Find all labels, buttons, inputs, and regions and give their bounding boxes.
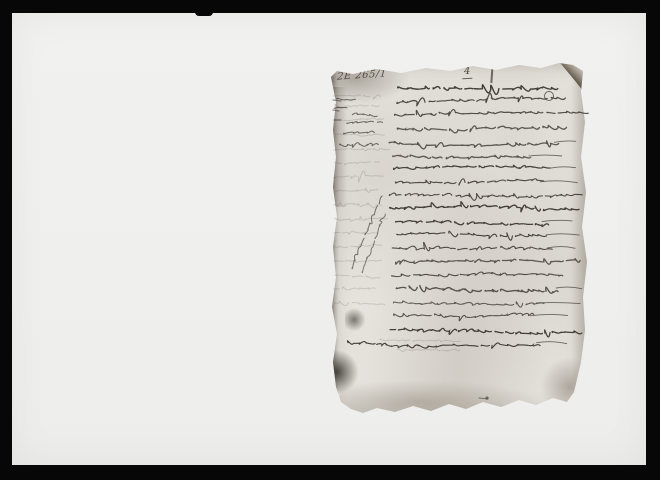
paper-stain-right-edge — [571, 62, 587, 413]
ink-smudge-left-edge — [327, 350, 359, 394]
scan-edge-notch — [195, 12, 213, 16]
scanned-page-spread: 2E 265/1 4 — [12, 13, 646, 465]
paper-torn-left-edge — [331, 62, 339, 413]
folded-corner — [557, 62, 587, 96]
paper-stain-bottom — [340, 380, 540, 416]
manuscript-page: 2E 265/1 4 — [331, 62, 587, 413]
archive-reference-label: 2E 265/1 — [337, 68, 387, 83]
scan-viewer-background: 2E 265/1 4 — [0, 0, 660, 480]
ink-blot — [345, 308, 365, 334]
paper-stain-top-left — [331, 62, 411, 104]
paper-stain-bottom-right — [541, 354, 589, 414]
page-number-label: 4 — [462, 66, 473, 80]
pen-stroke-mark — [490, 64, 493, 83]
paper-stain-left-streak — [331, 87, 347, 207]
